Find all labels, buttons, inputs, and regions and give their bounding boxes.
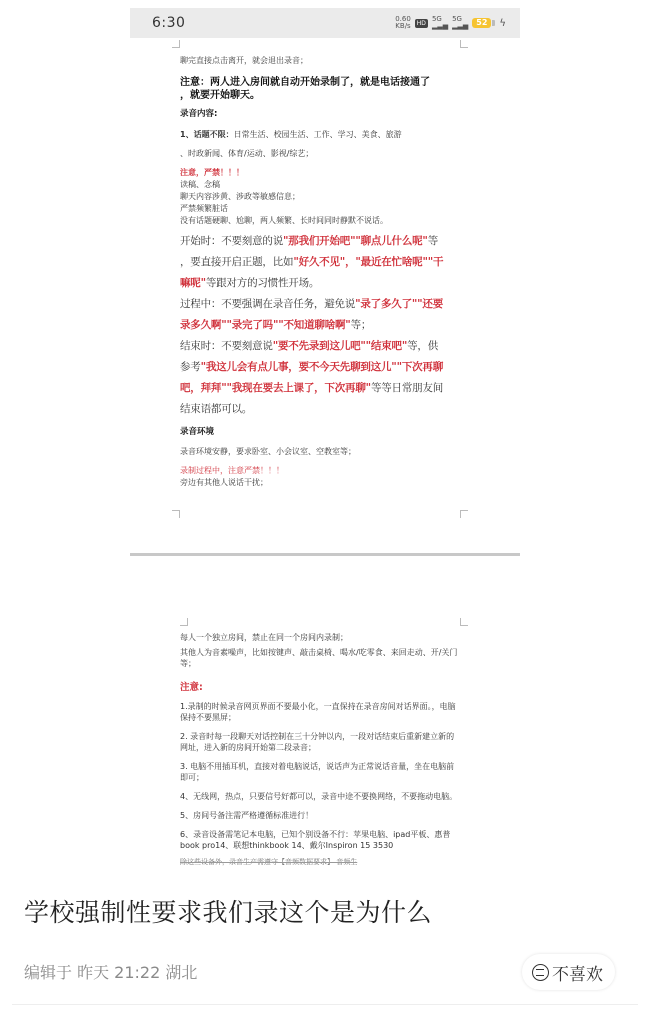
room-rule: 每人一个独立房间，禁止在同一个房间内录制；	[180, 632, 470, 644]
page-corner-mark	[460, 510, 468, 518]
warn-item: 严禁频繁脏话	[180, 203, 470, 215]
note-item: 1.录制的时候录音网页界面不要最小化，一直保持在录音房间对话界面。，电脑保持不要…	[180, 701, 460, 723]
exit-instruction: 聊完直接点击离开，就会退出录音；	[180, 54, 470, 68]
end-tip-line-1: 结束时：不要刻意说"要不先录到这儿吧""结束吧"等，供	[180, 336, 470, 357]
note-item: 5、房间号备注需严格遵循标准进行！	[180, 810, 460, 821]
warn-item: 没有话题硬聊、尬聊，两人频繁、长时间同时静默不说话。	[180, 215, 470, 227]
clipped-line: 除这些设备外，录音生产需遵守【音频数据要求】 音频生	[180, 857, 470, 867]
start-tip-line-2: ，要直接开启正题，比如"好久不见"，"最近在忙啥呢""干	[180, 252, 470, 273]
post-meta: 编辑于 昨天 21:22 湖北	[24, 960, 197, 983]
note-item: 6、录音设备需笔记本电脑，已知个别设备不行：苹果电脑、ipad平板、惠普book…	[180, 829, 460, 851]
status-icons: 0.60 KB/s HD 5G▂▃▅ 5G▂▃▅ 52 ϟ	[395, 16, 506, 30]
note-item: 3. 电脑不用插耳机，直接对着电脑说话，说话声为正常说话音量，坐在电脑前即可；	[180, 761, 460, 783]
embedded-screenshot: 6:30 0.60 KB/s HD 5G▂▃▅ 5G▂▃▅ 52 ϟ 聊完直接点…	[130, 8, 520, 880]
warn-title: 注意，严禁！！！	[180, 167, 470, 179]
page-corner-mark	[460, 618, 468, 626]
dislike-label: 不喜欢	[552, 960, 603, 985]
section-content-heading: 录音内容:	[180, 108, 470, 121]
env-text: 录音环境安静，要求卧室、小会议室、空教室等；	[180, 443, 470, 461]
page-corner-mark	[172, 40, 180, 48]
env-warn-item: 旁边有其他人说话干扰；	[180, 477, 470, 489]
mid-tip-line-1: 过程中：不要强调在录音任务，避免说"录了多久了""还要	[180, 294, 470, 315]
neutral-face-icon	[532, 964, 549, 981]
document-page-1: 聊完直接点击离开，就会退出录音； 注意：两人进入房间就自动开始录制了，就是电话接…	[130, 38, 520, 550]
divider	[12, 1004, 638, 1005]
hd-icon: HD	[415, 19, 428, 28]
status-time: 6:30	[152, 15, 185, 31]
topic-line-2: 、时政新闻、体育/运动、影视/综艺；	[180, 145, 470, 163]
start-tip-line-3: 嘛呢"等跟对方的习惯性开场。	[180, 273, 470, 294]
status-bar: 6:30 0.60 KB/s HD 5G▂▃▅ 5G▂▃▅ 52 ϟ	[130, 8, 520, 38]
note-item: 2. 录音时每一段聊天对话控制在三十分钟以内，一段对话结束后重新建立新的网址，进…	[180, 731, 460, 753]
net-speed: 0.60 KB/s	[395, 16, 411, 30]
note-item: 4、无线网，热点，只要信号好都可以，录音中途不要换网络，不要拖动电脑。	[180, 791, 460, 802]
page-corner-mark	[460, 40, 468, 48]
mid-tip-line-2: 录多久啊""录完了吗""不知道聊啥啊"等；	[180, 315, 470, 336]
battery-icon: 52	[472, 18, 491, 28]
document-page-2: 每人一个独立房间，禁止在同一个房间内录制； 其他人为音素噪声，比如按键声、敲击桌…	[130, 588, 520, 880]
dislike-button[interactable]: 不喜欢	[522, 954, 615, 990]
post-title: 学校强制性要求我们录这个是为什么	[24, 893, 432, 929]
notice-bold: 注意：两人进入房间就自动开始录制了，就是电话接通了 ，就要开始聊天。	[180, 76, 470, 102]
page-corner-mark	[172, 510, 180, 518]
signal-icon-2: 5G▂▃▅	[452, 16, 468, 30]
end-tip-line-3: 吧，拜拜""我现在要去上课了，下次再聊"等等日常朋友间	[180, 378, 470, 399]
topic-line-1: 1、话题不限：日常生活、校园生活、工作、学习、美食、旅游	[180, 125, 470, 145]
env-warn: 录制过程中，注意严禁！！！	[180, 465, 470, 477]
start-tip-line-1: 开始时：不要刻意的说"那我们开始吧""聊点儿什么呢"等	[180, 231, 470, 252]
note-title: 注意:	[180, 679, 470, 693]
page-separator	[130, 550, 520, 588]
warn-item: 聊天内容涉黄、涉政等敏感信息；	[180, 191, 470, 203]
end-tip-line-4: 结束语都可以。	[180, 399, 470, 420]
warn-item: 读稿、念稿	[180, 179, 470, 191]
page-corner-mark	[180, 618, 188, 626]
noise-rule: 其他人为音素噪声，比如按键声、敲击桌椅、喝水/吃零食、来回走动、开/关门等；	[180, 647, 460, 669]
charging-icon: ϟ	[499, 18, 506, 29]
section-env-heading: 录音环境	[180, 426, 470, 439]
end-tip-line-2: 参考"我这儿会有点儿事，要不今天先聊到这儿""下次再聊	[180, 357, 470, 378]
signal-icon: 5G▂▃▅	[432, 16, 448, 30]
